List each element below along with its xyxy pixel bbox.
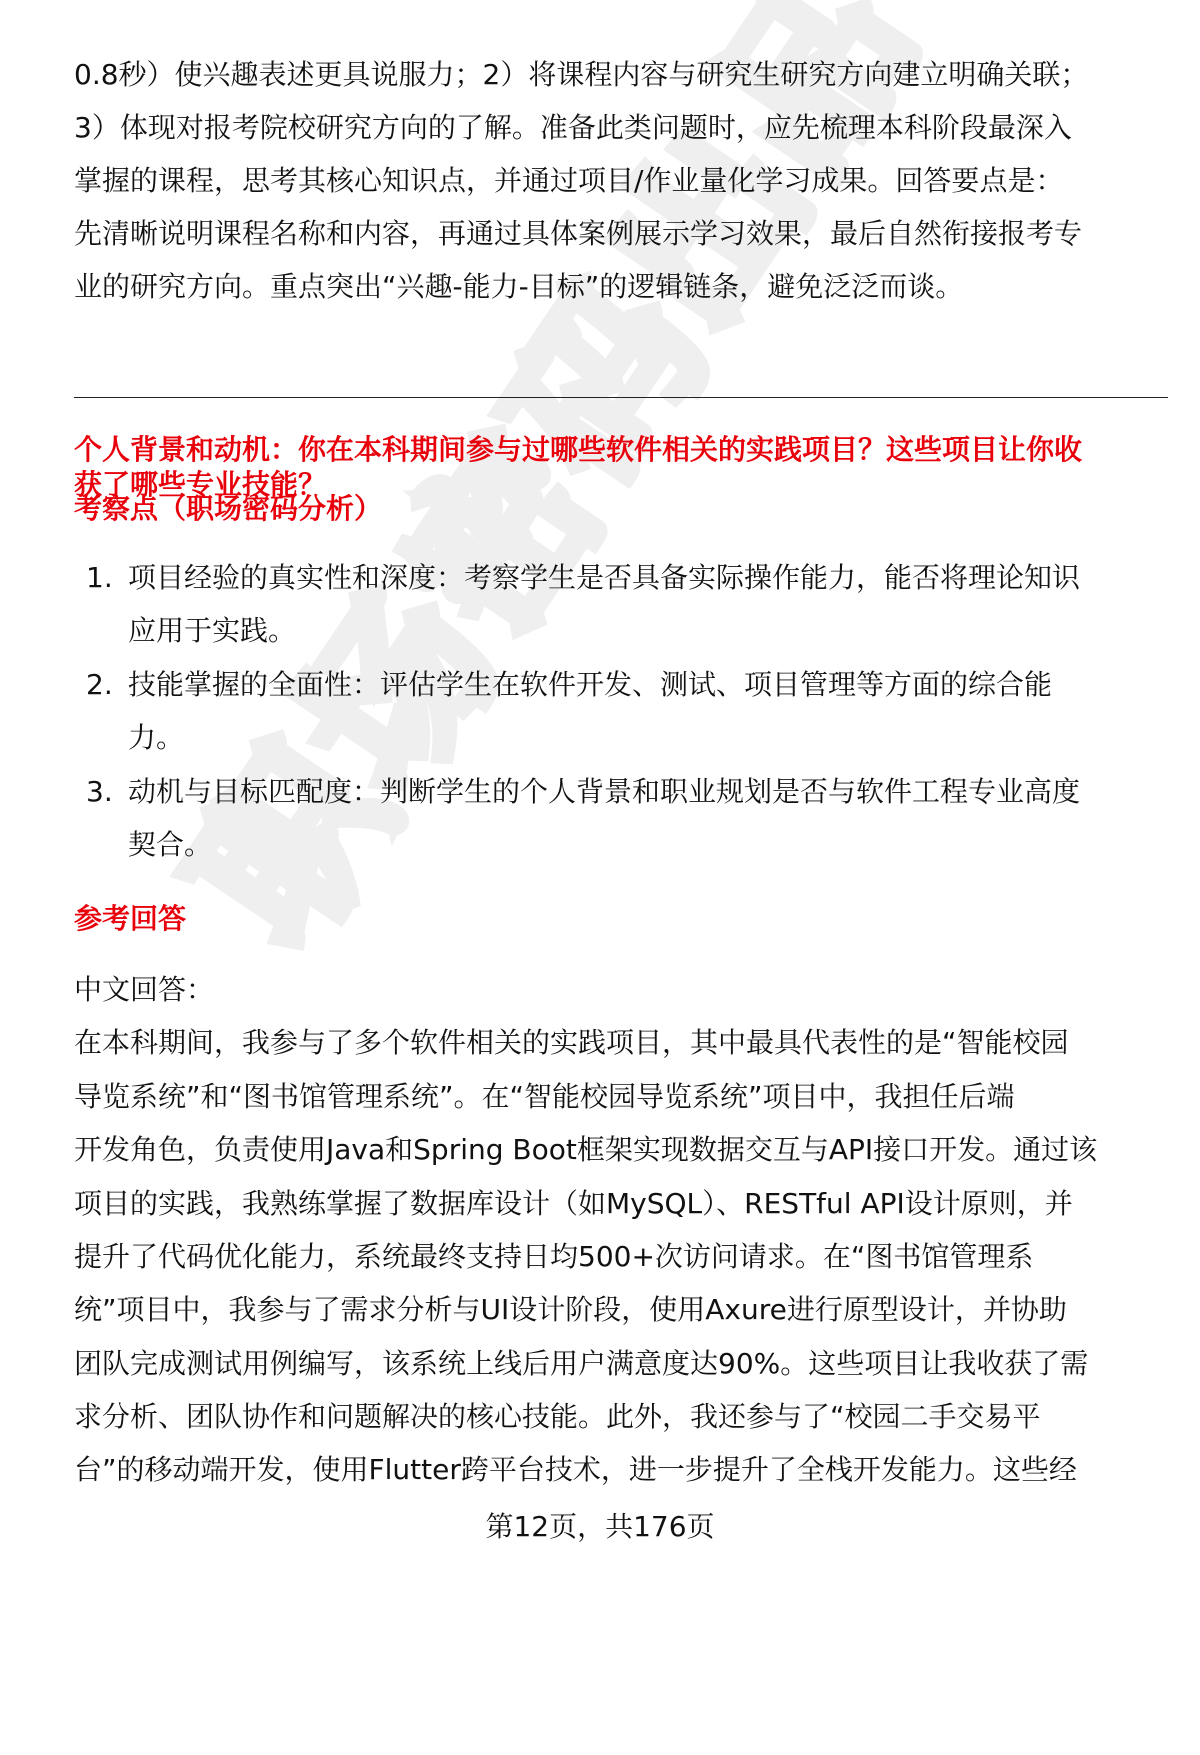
reference-heading: 参考回答 — [74, 902, 186, 936]
answer-line: 提升了代码优化能力，系统最终支持日均500+次访问请求。在“图书馆管理系 — [74, 1240, 1033, 1274]
intro-line: 0.8秒）使兴趣表述更具说服力；2）将课程内容与研究生研究方向建立明确关联； — [74, 58, 1088, 92]
list-number: 1. — [86, 561, 113, 595]
assessment-heading: 考察点（职场密码分析） — [74, 492, 382, 526]
intro-line: 业的研究方向。重点突出“兴趣-能力-目标”的逻辑链条，避免泛泛而谈。 — [74, 270, 963, 304]
section-divider — [74, 397, 1168, 398]
list-text: 项目经验的真实性和深度：考察学生是否具备实际操作能力，能否将理论知识 — [128, 561, 1080, 595]
list-text: 应用于实践。 — [128, 614, 296, 648]
reference-subheading: 中文回答： — [74, 973, 214, 1007]
list-number: 2. — [86, 668, 113, 702]
list-text: 力。 — [128, 721, 184, 755]
answer-line: 团队完成测试用例编写，该系统上线后用户满意度达90%。这些项目让我收获了需 — [74, 1347, 1088, 1381]
answer-line: 求分析、团队协作和问题解决的核心技能。此外，我还参与了“校园二手交易平 — [74, 1400, 1041, 1434]
intro-line: 掌握的课程，思考其核心知识点，并通过项目/作业量化学习成果。回答要点是： — [74, 164, 1063, 198]
intro-line: 3）体现对报考院校研究方向的了解。准备此类问题时，应先梳理本科阶段最深入 — [74, 111, 1072, 145]
question-line: 个人背景和动机：你在本科期间参与过哪些软件相关的实践项目？这些项目让你收 — [74, 433, 1082, 467]
list-text: 契合。 — [128, 828, 212, 862]
answer-line: 在本科期间，我参与了多个软件相关的实践项目，其中最具代表性的是“智能校园 — [74, 1026, 1069, 1060]
answer-line: 统”项目中，我参与了需求分析与UI设计阶段，使用Axure进行原型设计，并协助 — [74, 1293, 1067, 1327]
answer-line: 开发角色，负责使用Java和Spring Boot框架实现数据交互与API接口开… — [74, 1133, 1097, 1167]
answer-line: 台”的移动端开发，使用Flutter跨平台技术，进一步提升了全栈开发能力。这些经 — [74, 1453, 1077, 1487]
list-number: 3. — [86, 775, 113, 809]
page-number: 第12页，共176页 — [0, 1510, 1200, 1544]
answer-line: 导览系统”和“图书馆管理系统”。在“智能校园导览系统”项目中，我担任后端 — [74, 1080, 1015, 1114]
list-text: 技能掌握的全面性：评估学生在软件开发、测试、项目管理等方面的综合能 — [128, 668, 1052, 702]
answer-line: 项目的实践，我熟练掌握了数据库设计（如MySQL）、RESTful API设计原… — [74, 1187, 1073, 1221]
list-text: 动机与目标匹配度：判断学生的个人背景和职业规划是否与软件工程专业高度 — [128, 775, 1080, 809]
intro-line: 先清晰说明课程名称和内容，再通过具体案例展示学习效果，最后自然衔接报考专 — [74, 217, 1082, 251]
